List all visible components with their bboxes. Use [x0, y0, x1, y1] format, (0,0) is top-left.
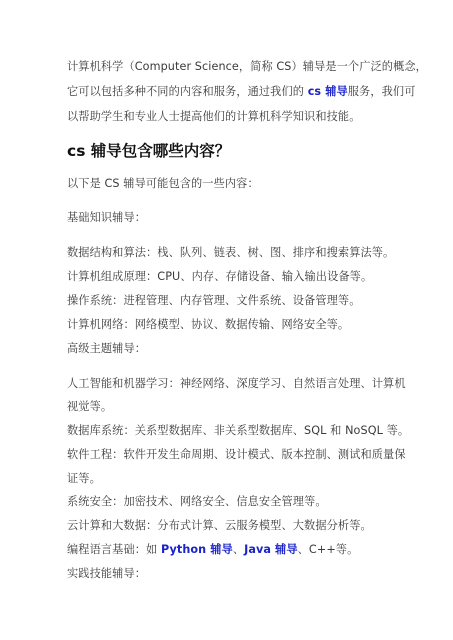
document-page: 计算机科学（Computer Science，简称 CS）辅导是一个广泛的概念，… [0, 0, 453, 640]
intro-line-3: 以帮助学生和专业人士提高他们的计算机科学知识和技能。 [67, 110, 360, 124]
list-item: 数据结构和算法：栈、队列、链表、树、图、排序和搜索算法等。 [67, 246, 394, 260]
list-item: 数据库系统：关系型数据库、非关系型数据库、SQL 和 NoSQL 等。 [67, 424, 409, 438]
languages-prefix: 编程语言基础：如 [67, 543, 161, 556]
practice-section-title: 实践技能辅导： [67, 567, 146, 581]
basic-section-title: 基础知识辅导： [67, 211, 146, 225]
list-item: 云计算和大数据：分布式计算、云服务模型、大数据分析等。 [67, 519, 372, 533]
list-item-continued: 视觉等。 [67, 400, 112, 414]
java-tutoring-link[interactable]: Java 辅导 [244, 543, 298, 556]
list-item-languages: 编程语言基础：如 Python 辅导、Java 辅导、C++等。 [67, 543, 358, 557]
list-item: 系统安全：加密技术、网络安全、信息安全管理等。 [67, 495, 327, 509]
intro-text-after-link: 服务，我们可 [348, 85, 416, 98]
languages-separator: 、 [233, 543, 244, 556]
python-tutoring-link[interactable]: Python 辅导 [161, 543, 233, 556]
intro-line-2: 它可以包括多种不同的内容和服务，通过我们的 cs 辅导服务，我们可 [67, 85, 416, 99]
section-heading: cs 辅导包含哪些内容？ [67, 142, 230, 160]
cs-tutoring-link[interactable]: cs 辅导 [308, 85, 348, 98]
list-item: 人工智能和机器学习：神经网络、深度学习、自然语言处理、计算机 [67, 377, 406, 391]
intro-text-before-link: 它可以包括多种不同的内容和服务，通过我们的 [67, 85, 308, 98]
list-item-continued: 证等。 [67, 472, 101, 486]
advanced-section-title: 高级主题辅导： [67, 342, 146, 356]
intro-line-1: 计算机科学（Computer Science，简称 CS）辅导是一个广泛的概念， [67, 60, 427, 74]
list-item: 计算机组成原理：CPU、内存、存储设备、输入输出设备等。 [67, 270, 372, 284]
list-item: 计算机网络：网络模型、协议、数据传输、网络安全等。 [67, 318, 349, 332]
lead-text: 以下是 CS 辅导可能包含的一些内容： [67, 177, 259, 191]
list-item: 操作系统：进程管理、内存管理、文件系统、设备管理等。 [67, 294, 360, 308]
list-item: 软件工程：软件开发生命周期、设计模式、版本控制、测试和质量保 [67, 448, 406, 462]
languages-suffix: 、C++等。 [298, 543, 359, 556]
